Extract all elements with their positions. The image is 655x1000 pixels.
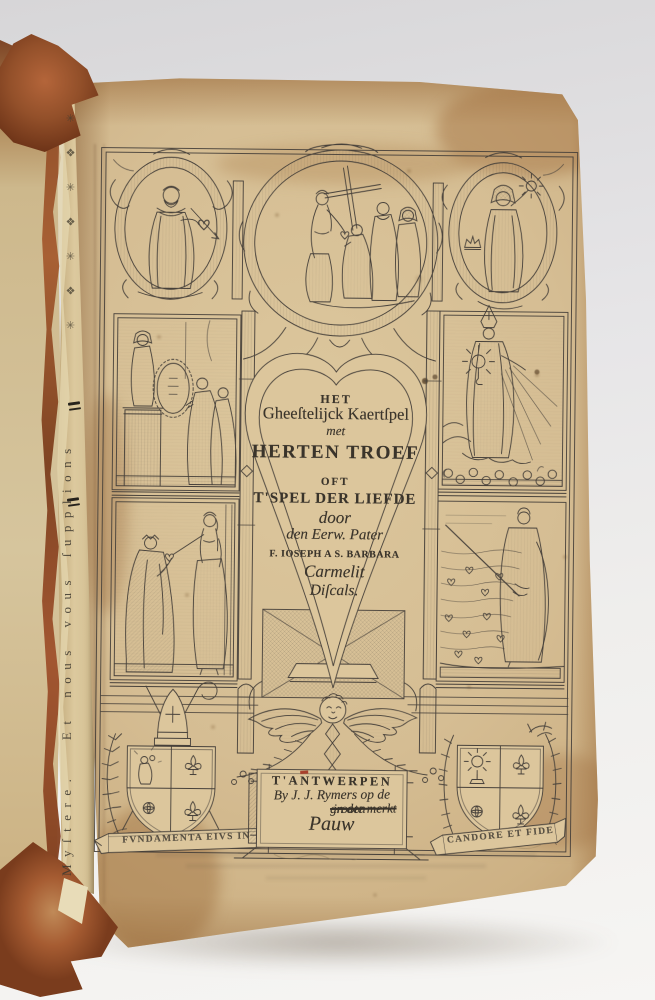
vignette-saint-with-pierced-heart	[109, 149, 233, 300]
title-line-door: door	[319, 508, 351, 528]
engraved-title-frame: HET Gheeſtelijck Kaertſpel met HERTEN TR…	[84, 139, 585, 862]
vignette-christ-presenting-heart-to-carmelites	[238, 143, 443, 361]
show-through	[186, 864, 486, 868]
title-line-subtitle: Gheeſtelijck Kaertſpel	[263, 403, 409, 425]
vignette-monk-fishing-hearts	[436, 501, 566, 682]
vignette-bishop-with-monstrance-over-souls	[438, 305, 568, 490]
coat-of-arms-right	[438, 721, 561, 840]
title-line-order1: Carmelit	[304, 562, 365, 583]
printer-ornament-column: ✳ ❖ ✳ ❖ ✳ ❖ ✳	[64, 112, 77, 341]
show-through	[266, 876, 426, 880]
title-line-alt: T'SPEL DER LIEFDE	[253, 490, 416, 509]
photo-of-antique-book: ✳ ❖ ✳ ❖ ✳ ❖ ✳ Myſtere. Et nous vous ſupp…	[0, 0, 655, 1000]
title-line-met: met	[326, 423, 345, 439]
title-line-author2: F. IOSEPH A S. BARBARA	[269, 548, 399, 560]
vignette-christ-and-kneeling-nun	[110, 498, 239, 681]
imprint-signboard: Pauw	[309, 813, 355, 836]
title-line-author1: den Eerw. Pater	[286, 526, 383, 544]
stub-vertical-text: Myſtere. Et nous vous ſupplions	[59, 441, 75, 876]
title-line-order2: Diſcals.	[310, 582, 359, 601]
vignette-statue-veneration	[112, 314, 241, 491]
vignette-nun-with-host	[441, 152, 565, 309]
title-line-main: HERTEN TROEF	[252, 441, 420, 465]
title-line-oft: OFT	[321, 476, 350, 488]
